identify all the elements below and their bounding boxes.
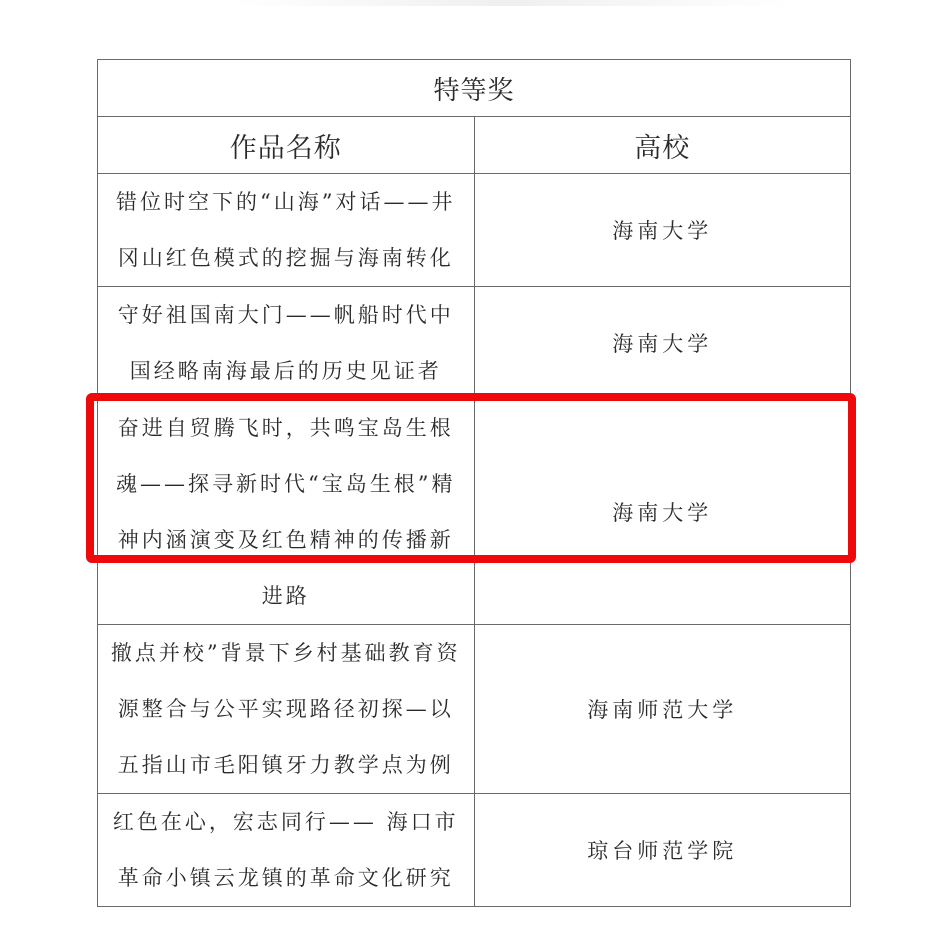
work-title: 奋进自贸腾飞时，共鸣宝岛生根魂——探寻新时代“宝岛生根”精神内涵演变及红色精神的… (98, 400, 475, 625)
school-name: 海南大学 (474, 174, 851, 287)
table-row: 红色在心，宏志同行—— 海口市革命小镇云龙镇的革命文化研究 琼台师范学院 (98, 794, 851, 907)
school-name: 海南师范大学 (474, 625, 851, 794)
work-title: 撤点并校”背景下乡村基础教育资源整合与公平实现路径初探—以五指山市毛阳镇牙力教学… (98, 625, 475, 794)
table-header-row: 作品名称 高校 (98, 117, 851, 174)
column-header-work: 作品名称 (98, 117, 475, 174)
award-table: 特等奖 作品名称 高校 错位时空下的“山海”对话——井冈山红色模式的挖掘与海南转… (97, 59, 851, 907)
column-header-school: 高校 (474, 117, 851, 174)
work-title: 守好祖国南大门——帆船时代中国经略南海最后的历史见证者 (98, 287, 475, 400)
school-name: 琼台师范学院 (474, 794, 851, 907)
work-title: 红色在心，宏志同行—— 海口市革命小镇云龙镇的革命文化研究 (98, 794, 475, 907)
cropped-text-fragment (230, 0, 790, 6)
work-title: 错位时空下的“山海”对话——井冈山红色模式的挖掘与海南转化 (98, 174, 475, 287)
table-row: 守好祖国南大门——帆船时代中国经略南海最后的历史见证者 海南大学 (98, 287, 851, 400)
table-title-row: 特等奖 (98, 60, 851, 117)
table-row: 撤点并校”背景下乡村基础教育资源整合与公平实现路径初探—以五指山市毛阳镇牙力教学… (98, 625, 851, 794)
school-name: 海南大学 (474, 400, 851, 625)
award-level-title: 特等奖 (98, 60, 851, 117)
table-row-highlighted: 奋进自贸腾飞时，共鸣宝岛生根魂——探寻新时代“宝岛生根”精神内涵演变及红色精神的… (98, 400, 851, 625)
table-row: 错位时空下的“山海”对话——井冈山红色模式的挖掘与海南转化 海南大学 (98, 174, 851, 287)
school-name: 海南大学 (474, 287, 851, 400)
